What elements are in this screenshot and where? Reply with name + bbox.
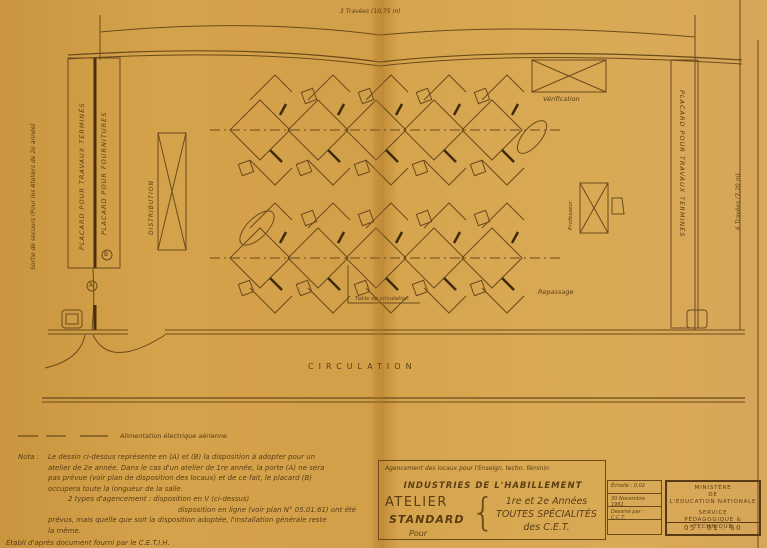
note-line: 2 types d'agencement : disposition en V … (48, 494, 356, 505)
scale-date-stamp: Échelle : 0,02 30 Novembre 1961 Dessiné … (607, 480, 662, 535)
notes-prefix: Nota : (18, 452, 39, 463)
title-atelier: ATELIER (385, 495, 448, 510)
notes-source: Établi d'après document fourni par le C.… (6, 538, 170, 548)
placard-fournitures-label-left: PLACARD POUR TRAVAUX TERMINÉS (78, 103, 86, 251)
note-line: disposition en ligne (voir plan N° 05.01… (48, 505, 356, 516)
legend-alimentation: Alimentation électrique aérienne (120, 432, 227, 440)
dimension-right-label: 6 Travées (7,20 m) (735, 173, 742, 230)
distribution-label: DISTRIBUTION (148, 180, 155, 235)
title-cet: des C.E.T. (489, 521, 604, 534)
ministry-line4: SERVICE (667, 510, 759, 517)
title-block: Agencement des locaux pour l'Enseign. te… (378, 460, 606, 540)
ministry-line3: L'ÉDUCATION NATIONALE (667, 499, 759, 506)
ministry-line1: MINISTÈRE (667, 485, 759, 492)
dimension-top-label: 3 Travées (10,75 m) (340, 8, 401, 15)
stamp-echelle: Échelle : 0,02 (608, 481, 661, 494)
verification-label: Vérification (543, 95, 580, 103)
title-standard: STANDARD (389, 513, 465, 526)
table-circulation-label: Table de circulation (355, 296, 409, 302)
repassage-label: Repassage (538, 288, 574, 296)
note-line: la même. (48, 526, 356, 537)
placard-fournitures-label: PLACARD POUR FOURNITURES (100, 112, 108, 235)
placard-travaux-right-label: PLACARD POUR TRAVAUX TERMINÉS (678, 90, 686, 238)
professeur-label: Professeur (568, 201, 574, 230)
ministry-block: MINISTÈRE DE L'ÉDUCATION NATIONALE SERVI… (665, 480, 761, 536)
stamp-dessine: Dessiné par : C.C.T. (608, 507, 661, 520)
stamp-date: 30 Novembre 1961 (608, 494, 661, 507)
ministry-line2: DE (667, 492, 759, 499)
note-line: Le dessin ci-dessus représente en (A) et… (48, 452, 356, 463)
blueprint-sheet: 3 Travées (10,75 m) Sortie de secours (P… (0, 0, 767, 548)
title-years: 1re et 2e Années (489, 495, 604, 508)
marker-a: A (89, 282, 93, 289)
circulation-label: CIRCULATION (308, 362, 417, 371)
note-line: atelier de 2e année. Dans le cas d'un at… (48, 463, 356, 474)
drawing-number: 05 . 01 . 60 (667, 522, 759, 534)
marker-b: B (104, 251, 108, 258)
title-pour: Pour (409, 529, 427, 538)
note-line: pas prévue (voir plan de disposition des… (48, 473, 356, 484)
title-subtitle: Agencement des locaux pour l'Enseign. te… (385, 465, 549, 472)
title-specialites: TOUTES SPÉCIALITÉS (489, 508, 604, 521)
note-line: prévus, mais quelle que soit la disposit… (48, 515, 356, 526)
sortie-secours-label: Sortie de secours (Pour les Ateliers de … (30, 123, 37, 270)
note-line: occupera toute la longueur de la salle. (48, 484, 356, 495)
